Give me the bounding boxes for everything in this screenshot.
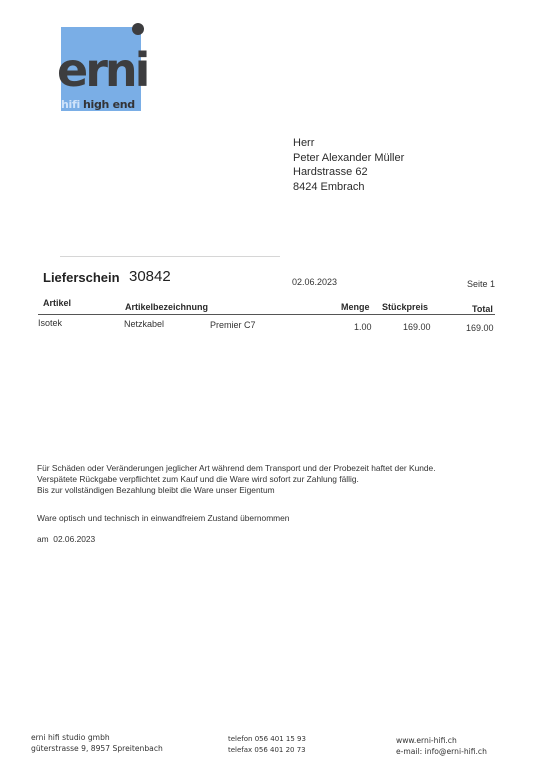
footer-company: erni hifi studio gmbh güterstrasse 9, 89… xyxy=(31,732,163,754)
acceptance-statement: Ware optisch und technisch in einwandfre… xyxy=(37,513,289,523)
scan-artifact-line xyxy=(60,256,280,257)
column-header-artikel: Artikel xyxy=(43,298,71,308)
logo-wordmark: erni xyxy=(57,47,147,93)
recipient-address: Herr Peter Alexander Müller Hardstrasse … xyxy=(293,136,404,194)
footer-telefax: telefax 056 401 20 73 xyxy=(228,745,306,756)
column-header-stueckpreis: Stückpreis xyxy=(382,302,428,312)
terms-line: Bis zur vollständigen Bezahlung bleibt d… xyxy=(37,485,436,496)
logo-tagline-highend: high end xyxy=(83,98,135,111)
cell-stueckpreis: 169.00 xyxy=(403,322,431,332)
terms-text: Für Schäden oder Veränderungen jeglicher… xyxy=(37,463,436,495)
footer-contact-web: www.erni-hifi.ch e-mail: info@erni-hifi.… xyxy=(396,735,487,757)
page-number: Seite 1 xyxy=(467,279,495,289)
company-logo: erni hifihigh end xyxy=(61,27,141,111)
footer-contact-phone: telefon 056 401 15 93 telefax 056 401 20… xyxy=(228,734,306,756)
cell-menge: 1.00 xyxy=(354,322,372,332)
cell-variante: Premier C7 xyxy=(210,320,256,330)
recipient-street: Hardstrasse 62 xyxy=(293,165,404,180)
cell-total: 169.00 xyxy=(466,323,494,333)
footer-website: www.erni-hifi.ch xyxy=(396,735,487,746)
column-header-total: Total xyxy=(472,304,493,314)
logo-tagline: hifihigh end xyxy=(61,99,135,110)
document-number: 30842 xyxy=(129,268,171,285)
recipient-salutation: Herr xyxy=(293,136,404,151)
footer-telephone: telefon 056 401 15 93 xyxy=(228,734,306,745)
logo-dot-icon xyxy=(132,23,144,35)
column-header-bezeichnung: Artikelbezeichnung xyxy=(125,302,208,312)
footer-company-address: güterstrasse 9, 8957 Spreitenbach xyxy=(31,743,163,754)
acceptance-date: am 02.06.2023 xyxy=(37,534,95,544)
logo-tagline-hifi: hifi xyxy=(61,98,80,111)
recipient-name: Peter Alexander Müller xyxy=(293,151,404,166)
recipient-city: 8424 Embrach xyxy=(293,180,404,195)
document-title: Lieferschein xyxy=(43,270,120,285)
document-date: 02.06.2023 xyxy=(292,277,337,287)
table-header-divider xyxy=(38,314,495,315)
column-header-menge: Menge xyxy=(341,302,370,312)
footer-email: e-mail: info@erni-hifi.ch xyxy=(396,746,487,757)
cell-bezeichnung: Netzkabel xyxy=(124,319,164,329)
terms-line: Verspätete Rückgabe verpflichtet zum Kau… xyxy=(37,474,436,485)
cell-artikel: Isotek xyxy=(38,318,62,328)
terms-line: Für Schäden oder Veränderungen jeglicher… xyxy=(37,463,436,474)
footer-company-name: erni hifi studio gmbh xyxy=(31,732,163,743)
